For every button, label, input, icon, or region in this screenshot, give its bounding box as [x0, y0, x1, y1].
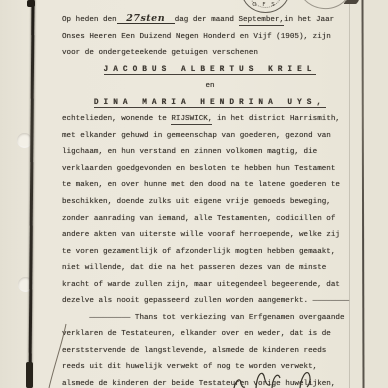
line-text: JACOBUS ALBERTUS KRIEL — [104, 66, 317, 76]
document-line: zonder aanrading van iemand, alle Testam… — [62, 211, 358, 228]
line-text: dag der maand — [175, 16, 239, 24]
line-text: echtelieden, wonende te — [62, 115, 171, 123]
line-text: in het district Harrismith, — [212, 115, 340, 123]
line-text: dezelve als nooit gepasseerd zullen word… — [62, 297, 349, 305]
document-line: Op heden den27stendag der maand Septembe… — [62, 12, 358, 29]
line-text: ligchaam, en hun verstand en zinnen volk… — [62, 148, 317, 156]
line-text: RIJSWICK, — [171, 115, 212, 125]
line-text: andere akten van uiterste wille vooraf h… — [62, 231, 340, 239]
document-line: kracht of warde zullen zijn, maar uitege… — [62, 277, 358, 294]
line-text: kracht of warde zullen zijn, maar uitege… — [62, 281, 340, 289]
document-line: dezelve als nooit gepasseerd zullen word… — [62, 293, 358, 310]
document-line: andere akten van uiterste wille vooraf h… — [62, 227, 358, 244]
line-text: DINA MARIA HENDRINA UYS, — [94, 99, 326, 109]
document-line: Onses Heeren Een Duizend Negen Honderd e… — [62, 29, 358, 46]
document-line: te voren gezamentlijk of afzonderlijk mo… — [62, 244, 358, 261]
line-text: eerststervende de langstlevende, alsmede… — [62, 347, 326, 355]
document-line: ligchaam, en hun verstand en zinnen volk… — [62, 144, 358, 161]
line-text: September, — [239, 16, 285, 26]
line-text: Op heden den — [62, 16, 117, 24]
line-text: in het Jaar — [284, 16, 334, 24]
document-line: met elkander gehuwd in gemeenschap van g… — [62, 128, 358, 145]
line-text: verklaarden goedgevonden en besloten te … — [62, 165, 335, 173]
text-block: Op heden den27stendag der maand Septembe… — [62, 12, 358, 388]
document-line: eerststervende de langstlevende, alsmede… — [62, 343, 358, 360]
torn-corner-mark — [344, 0, 359, 4]
line-text: niet willende, dat die na het passeren d… — [62, 264, 326, 272]
document-line: voor de ondergeteekende getuigen versche… — [62, 45, 358, 62]
line-text: Onses Heeren Een Duizend Negen Honderd e… — [62, 33, 331, 41]
binding-fold-bottom-blob — [26, 362, 33, 388]
line-text: voor de ondergeteekende getuigen versche… — [62, 49, 258, 57]
document-line: te maken, en over hunne met den dood na … — [62, 177, 358, 194]
line-text: beschikken, doende zulks uit eigene vrij… — [62, 198, 331, 206]
document-line: en — [62, 78, 358, 95]
line-text: en — [205, 82, 214, 90]
postmark-text: O F S — [249, 2, 280, 8]
document-line: verklaren de Testateuren, elkander over … — [62, 326, 358, 343]
handwriting-partial-bottom — [212, 366, 332, 388]
document-line: verklaarden goedgevonden en besloten te … — [62, 161, 358, 178]
line-text: te maken, en over hunne met den dood na … — [62, 181, 340, 189]
document-line: beschikken, doende zulks uit eigene vrij… — [62, 194, 358, 211]
line-text: met elkander gehuwd in gemeenschap van g… — [62, 132, 331, 140]
line-text: te voren gezamentlijk of afzonderlijk mo… — [62, 248, 335, 256]
document-line: ————————— Thans tot verkiezing van Erfge… — [62, 310, 358, 327]
document-line: JACOBUS ALBERTUS KRIEL — [62, 62, 358, 79]
crease-line-bottom-left — [40, 322, 75, 388]
document-line: niet willende, dat die na het passeren d… — [62, 260, 358, 277]
line-text: verklaren de Testateuren, elkander over … — [62, 330, 331, 338]
line-text: zonder aanrading van iemand, alle Testam… — [62, 215, 335, 223]
binding-fold-top-blob — [27, 0, 35, 7]
document-line: DINA MARIA HENDRINA UYS, — [62, 95, 358, 112]
document-line: echtelieden, wonende te RIJSWICK, in het… — [62, 111, 358, 128]
line-text: ————————— Thans tot verkiezing van Erfge… — [62, 314, 345, 322]
page-edge-strip — [363, 0, 388, 388]
handwritten-day: 27sten — [117, 14, 175, 24]
